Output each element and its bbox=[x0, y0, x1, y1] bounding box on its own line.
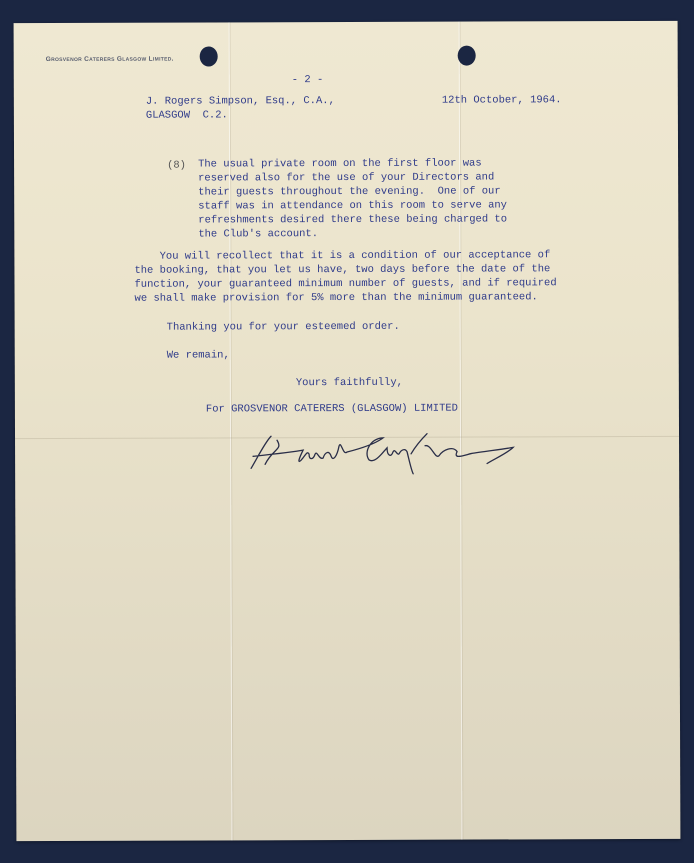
closing-line: Yours faithfully, bbox=[296, 377, 403, 391]
recipient-city: GLASGOW C.2. bbox=[146, 109, 228, 123]
letter-page: Grosvenor Caterers Glasgow Limited. - 2 … bbox=[14, 21, 681, 841]
item-line: staff was in attendance on this room to … bbox=[198, 199, 507, 214]
remain-line: We remain, bbox=[167, 349, 230, 363]
item-line: their guests throughout the evening. One… bbox=[198, 185, 500, 200]
item-paragraph: The usual private room on the first floo… bbox=[14, 21, 678, 23]
paragraph-line: You will recollect that it is a conditio… bbox=[134, 249, 550, 264]
signatory-line: For GROSVENOR CATERERS (GLASGOW) LIMITED bbox=[206, 403, 458, 417]
paragraph-line: function, your guaranteed minimum number… bbox=[134, 277, 556, 292]
thanks-line: Thanking you for your esteemed order. bbox=[167, 321, 400, 335]
recipient-name: J. Rogers Simpson, Esq., C.A., bbox=[146, 95, 335, 109]
item-marker: (8) bbox=[167, 160, 186, 174]
punch-hole bbox=[200, 46, 218, 66]
letter-date: 12th October, 1964. bbox=[442, 94, 562, 108]
paragraph-line: we shall make provision for 5% more than… bbox=[135, 291, 538, 306]
fold-line bbox=[229, 22, 233, 840]
paragraph-line: the booking, that you let us have, two d… bbox=[134, 263, 550, 278]
item-line: reserved also for the use of your Direct… bbox=[198, 171, 494, 186]
page-number: - 2 - bbox=[292, 74, 324, 88]
item-line: refreshments desired there these being c… bbox=[198, 213, 507, 228]
item-line: The usual private room on the first floo… bbox=[198, 158, 482, 173]
punch-hole bbox=[458, 46, 476, 66]
handwritten-signature bbox=[243, 429, 543, 480]
body-paragraph: You will recollect that it is a conditio… bbox=[14, 21, 678, 23]
letterhead: Grosvenor Caterers Glasgow Limited. bbox=[46, 56, 174, 63]
item-line: the Club's account. bbox=[198, 228, 318, 242]
